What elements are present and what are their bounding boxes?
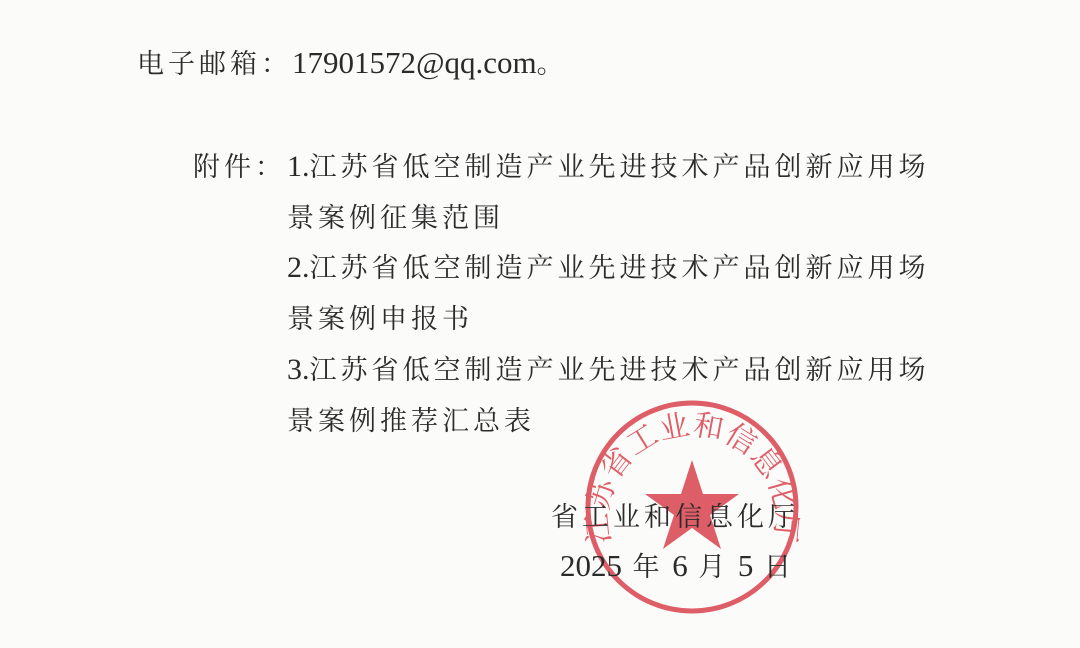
attachment-1-line-1: 1.江苏省低空制造产业先进技术产品创新应用场 <box>287 145 930 184</box>
email-end-mark: 。 <box>537 49 568 80</box>
date-day: 5 <box>738 548 754 583</box>
date-year: 2025 <box>560 548 622 583</box>
attachment-1-title: 江苏省低空制造产业先进技术产品创新应用场 <box>310 152 930 183</box>
attachment-3-title: 江苏省低空制造产业先进技术产品创新应用场 <box>310 355 930 386</box>
attachment-2-title: 江苏省低空制造产业先进技术产品创新应用场 <box>310 253 930 284</box>
attachment-1-line-2: 景案例征集范围 <box>287 196 504 235</box>
date-year-unit: 年 <box>633 552 662 583</box>
email-address: 17901572@qq.com <box>292 45 537 80</box>
email-label: 电子邮箱： <box>137 49 292 80</box>
issue-date: 2025 年 6 月 5 日 <box>560 545 793 584</box>
attachment-3-line-1: 3.江苏省低空制造产业先进技术产品创新应用场 <box>287 348 930 387</box>
attachment-2-line-1: 2.江苏省低空制造产业先进技术产品创新应用场 <box>287 246 930 285</box>
issuer-name: 省工业和信息化厅 <box>551 495 799 534</box>
attachment-3-line-2: 景案例推荐汇总表 <box>287 399 535 438</box>
attachment-2-number: 2. <box>287 251 310 284</box>
date-day-unit: 日 <box>764 552 793 583</box>
date-month-unit: 月 <box>698 552 727 583</box>
attachment-1-number: 1. <box>287 150 310 183</box>
attachment-2-line-2: 景案例申报书 <box>287 297 473 336</box>
date-month: 6 <box>672 548 688 583</box>
contact-email-line: 电子邮箱：17901572@qq.com。 <box>137 42 568 81</box>
attachment-3-number: 3. <box>287 353 310 386</box>
attachments-label: 附件： <box>193 145 286 184</box>
